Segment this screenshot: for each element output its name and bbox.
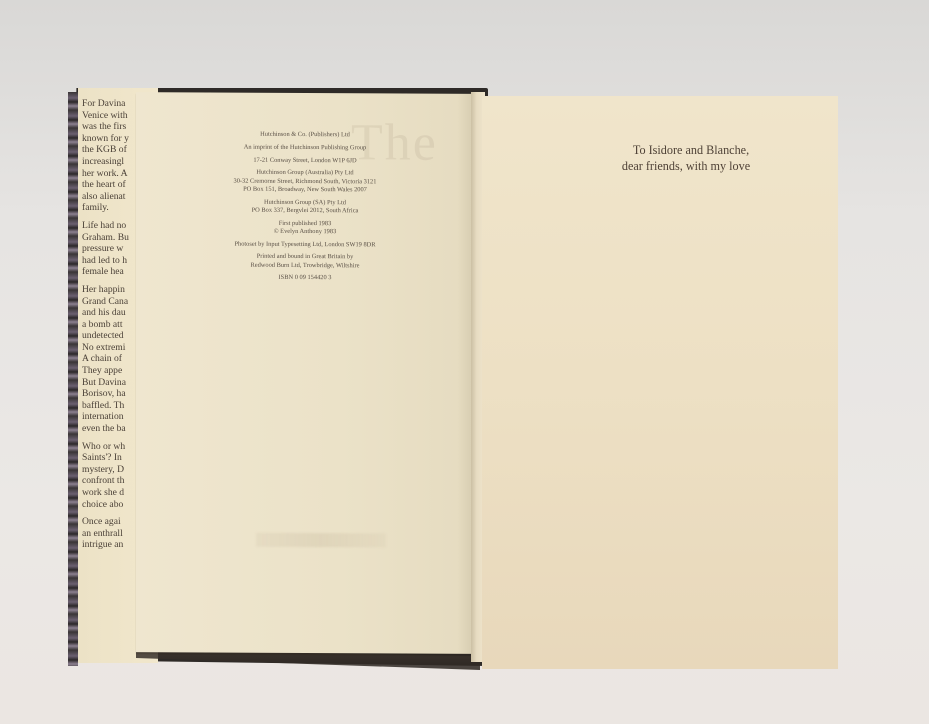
publication-notice: First published 1983 © Evelyn Anthony 19… xyxy=(136,219,474,237)
jacket-spine-edge xyxy=(68,92,78,666)
copyright-page: The Hutchinson & Co. (Publishers) Ltd An… xyxy=(136,92,474,654)
show-through-text xyxy=(256,533,386,548)
south-africa-office: Hutchinson Group (SA) Pty Ltd PO Box 337… xyxy=(136,198,474,216)
dedication-text: To Isidore and Blanche, dear friends, wi… xyxy=(482,142,838,174)
australia-office: Hutchinson Group (Australia) Pty Ltd 30-… xyxy=(136,169,474,195)
isbn: ISBN 0 09 154420 3 xyxy=(136,274,474,284)
publisher-name: Hutchinson & Co. (Publishers) Ltd xyxy=(136,130,474,140)
printer-credit: Printed and bound in Great Britain by Re… xyxy=(136,253,474,271)
publisher-address: 17-21 Conway Street, London W1P 6JD xyxy=(136,156,474,166)
copyright-block: Hutchinson & Co. (Publishers) Ltd An imp… xyxy=(136,130,474,288)
dedication-page: To Isidore and Blanche, dear friends, wi… xyxy=(482,96,838,669)
typesetting-credit: Photoset by Input Typesetting Ltd, Londo… xyxy=(136,240,474,250)
imprint-line: An imprint of the Hutchinson Publishing … xyxy=(136,143,474,153)
